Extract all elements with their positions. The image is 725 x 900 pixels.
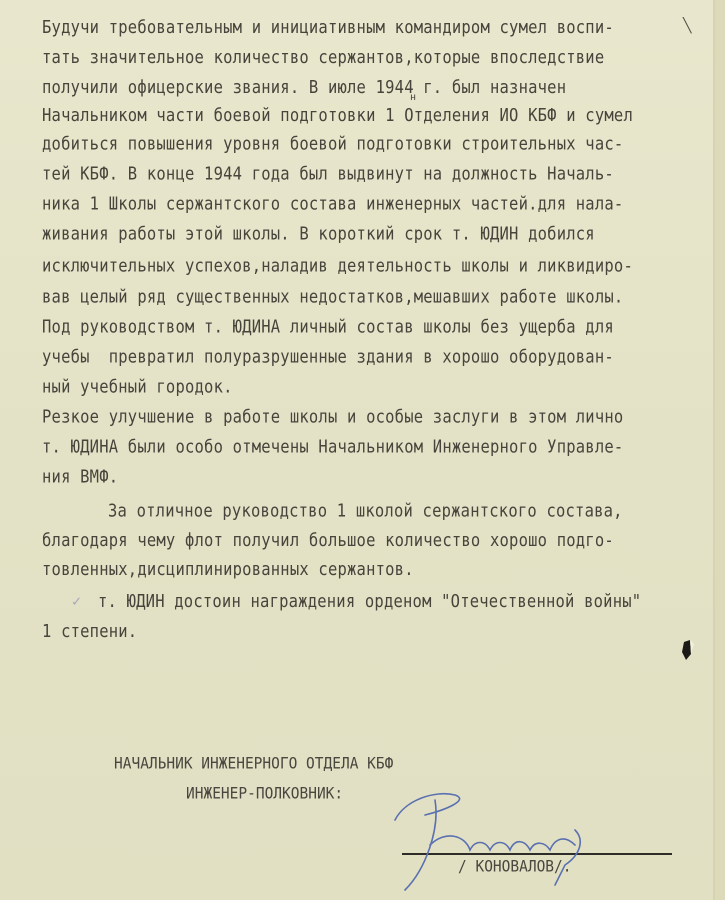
body-line: получили офицерские звания. В июле 1944 … [42,77,566,98]
signatory-rank: ИНЖЕНЕР-ПОЛКОВНИК: [186,785,343,803]
body-line: Будучи требовательным и инициативным ком… [42,17,614,38]
page-edge [713,0,715,900]
body-line: живания работы этой школы. В короткий ср… [42,224,595,245]
body-line: учебы превратил полуразрушенные здания в… [42,347,614,368]
body-line: исключительных успехов,наладив деятельно… [42,256,633,277]
recommendation-line: 1 степени. [42,621,137,642]
body-line: Резкое улучшение в работе школы и особые… [42,407,623,428]
body-line: тать значительное количество сержантов,к… [42,47,604,68]
body-line: т. ЮДИНА были особо отмечены Начальником… [42,437,623,458]
paper-hole [678,640,694,662]
handwritten-signature [385,790,600,900]
body-line: Начальником части боевой подготовки 1 От… [42,105,633,126]
body-line: тей КБФ. В конце 1944 года был выдвинут … [42,164,614,185]
body-line: ника 1 Школы сержантского состава инжене… [42,194,623,215]
handwritten-insert: н [410,92,416,103]
body-line: добиться повышения уровня боевой подгото… [42,134,623,155]
signatory-title: НАЧАЛЬНИК ИНЖЕНЕРНОГО ОТДЕЛА КБФ [114,755,393,773]
recommendation-line: т. ЮДИН достоин награждения орденом "Оте… [98,591,641,612]
page-edge-shadow [715,0,725,900]
conclusion-line: товленных,дисциплинированных сержантов. [42,559,414,580]
conclusion-line: благодаря чему флот получил большое коли… [42,530,614,551]
body-line: ный учебный городок. [42,377,233,398]
check-mark-icon: ✓ [72,592,81,610]
conclusion-line: За отличное руководство 1 школой сержант… [108,501,623,522]
paper-tear-mark: ╲ [683,18,691,34]
body-line: вав целый ряд существенных недостатков,м… [42,287,623,308]
body-line: Под руководством т. ЮДИНА личный состав … [42,317,614,338]
body-line: ния ВМФ. [42,467,118,488]
